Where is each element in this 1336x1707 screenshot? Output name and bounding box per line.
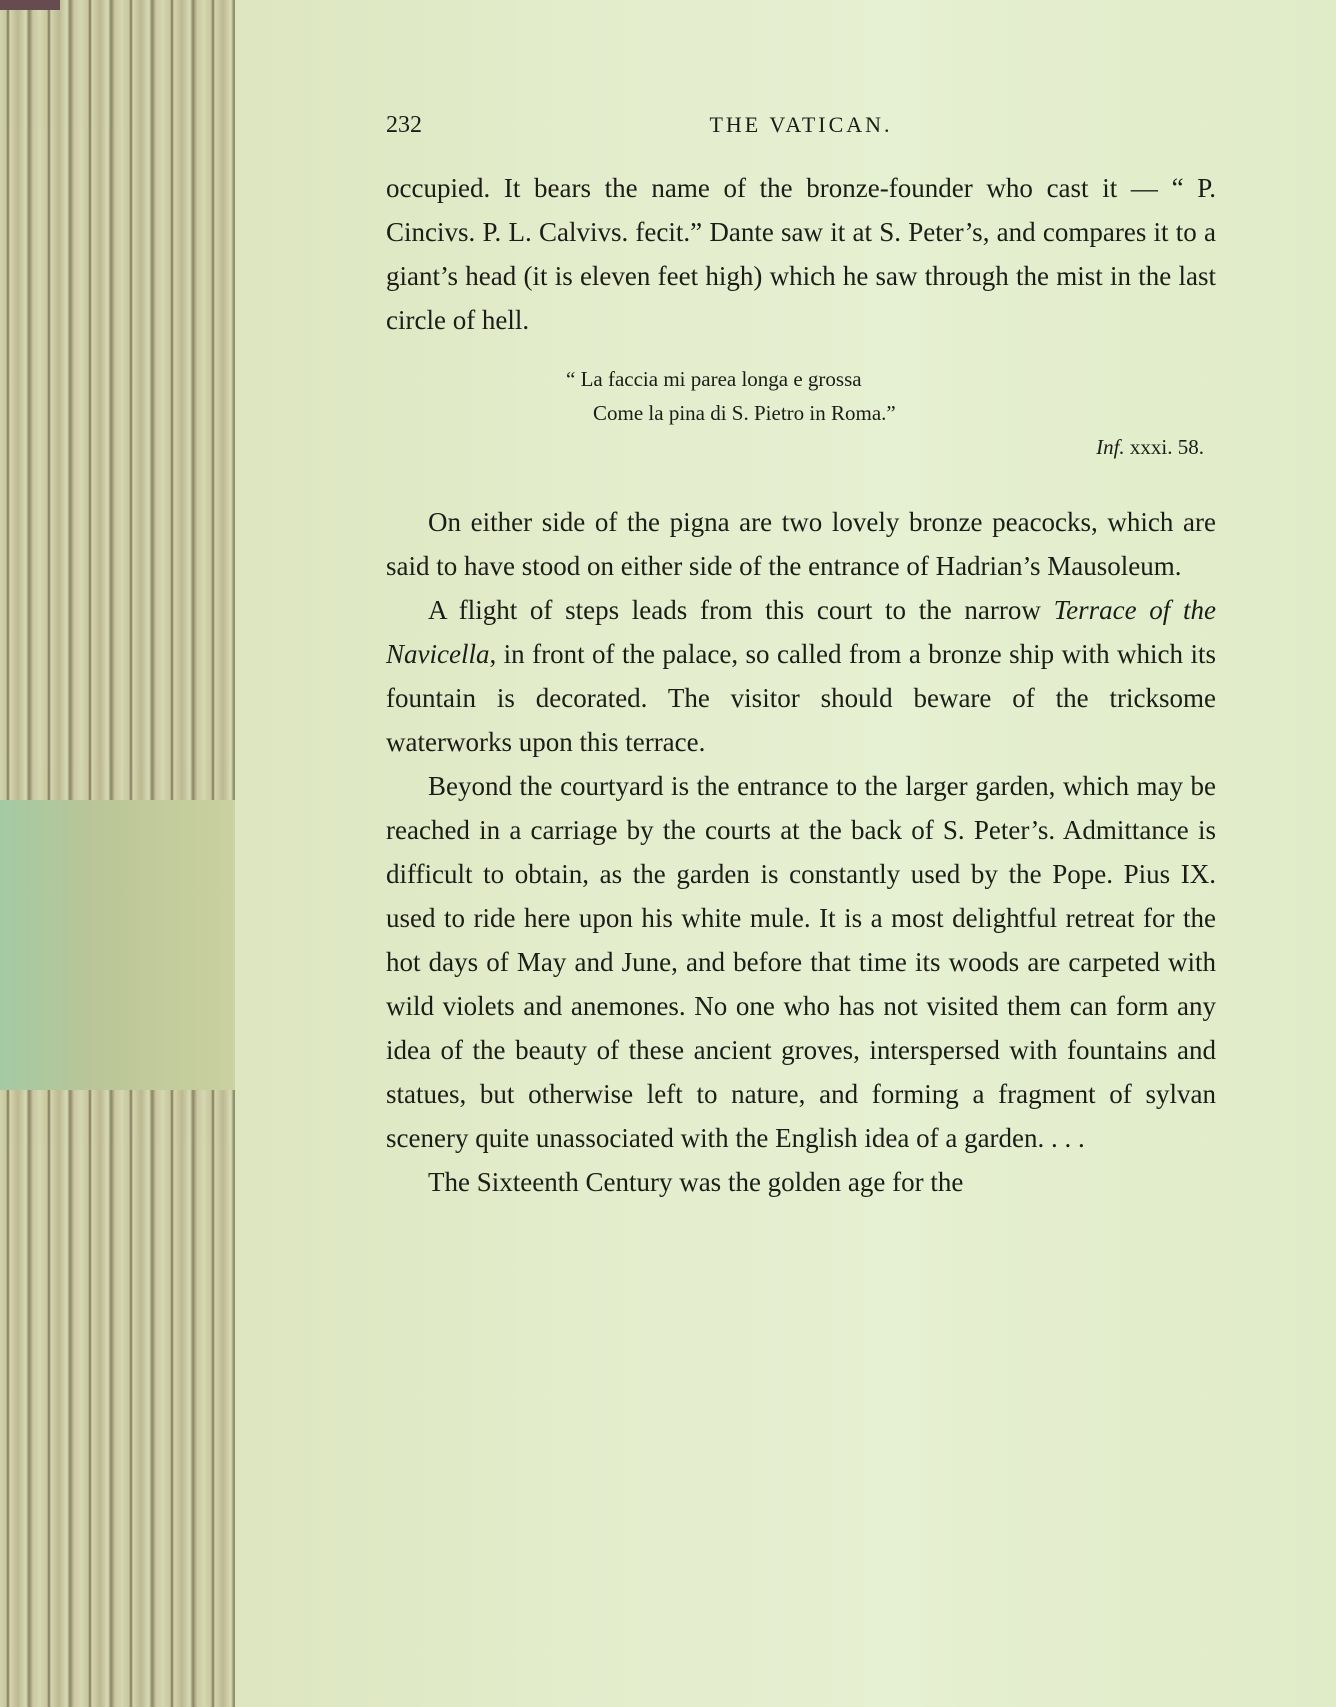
text-run: A flight of steps leads from this court … [428, 595, 1054, 625]
paragraph-peacocks: On either side of the pigna are two love… [386, 500, 1216, 588]
running-head-title: THE VATICAN. [386, 112, 1216, 138]
quote-citation: Inf. xxxi. 58. [386, 430, 1216, 464]
quote-line-1: “ La faccia mi parea longa e grossa [386, 362, 1216, 396]
paragraph-continuation: occupied. It bears the name of the bronz… [386, 166, 1216, 342]
page-edge-shadow-band [0, 800, 235, 1090]
binding-mark [0, 0, 60, 10]
running-head: 232 THE VATICAN. [386, 110, 1216, 140]
quote-line-2: Come la pina di S. Pietro in Roma.” [386, 396, 1216, 430]
book-page-edges [0, 0, 235, 1707]
paragraph-sixteenth-century: The Sixteenth Century was the golden age… [386, 1160, 1216, 1204]
body-text: occupied. It bears the name of the bronz… [386, 166, 1216, 1204]
citation-work: Inf. [1096, 435, 1125, 459]
verse-quotation: “ La faccia mi parea longa e grossa Come… [386, 362, 1216, 464]
citation-reference: xxxi. 58. [1125, 435, 1204, 459]
paragraph-terrace: A flight of steps leads from this court … [386, 588, 1216, 764]
paragraph-garden: Beyond the courtyard is the entrance to … [386, 764, 1216, 1160]
text-run: , in front of the palace, so called from… [386, 639, 1216, 757]
